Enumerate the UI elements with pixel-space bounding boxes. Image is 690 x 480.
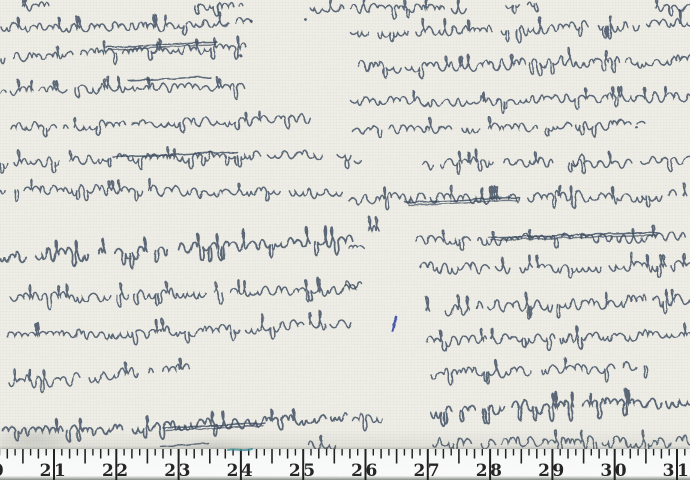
- script-line: [0, 35, 246, 64]
- script-line: [348, 182, 690, 209]
- script-line: [352, 116, 644, 137]
- script-line: [6, 310, 350, 344]
- script-line: [10, 277, 355, 308]
- script-line: [426, 322, 690, 350]
- script-line: [0, 225, 352, 268]
- handwriting-script-layer: [0, 0, 690, 480]
- script-line: [420, 251, 690, 277]
- script-fragment: [352, 413, 382, 430]
- ink-dot: [250, 20, 253, 23]
- script-line: [415, 224, 690, 249]
- script-fragment: [22, 0, 49, 10]
- script-line: [0, 11, 251, 35]
- script-fragment: [368, 216, 378, 230]
- script-fragment: [572, 154, 584, 165]
- ruler-scale: 202122232425262728293031: [0, 449, 690, 480]
- script-line: [10, 110, 309, 135]
- script-line: [423, 149, 690, 173]
- ink-dot: [239, 54, 242, 57]
- script-fragment: [348, 245, 363, 248]
- fabric-shading: [0, 430, 690, 450]
- script-fragment: [655, 0, 690, 15]
- ruler-number: 20: [0, 461, 6, 480]
- measuring-ruler: 202122232425262728293031: [0, 449, 690, 480]
- fabric-swatch-photo: 202122232425262728293031: [0, 0, 690, 480]
- script-line: [426, 289, 690, 318]
- ink-dot: [635, 126, 638, 129]
- blue-pen-mark: [392, 316, 395, 330]
- script-line: [430, 357, 647, 385]
- script-line: [8, 357, 189, 392]
- script-line: [0, 146, 350, 172]
- script-line: [0, 178, 348, 202]
- strikethrough-mark: [128, 77, 210, 80]
- script-line: [430, 388, 690, 425]
- script-line: [358, 47, 690, 77]
- script-line: [350, 10, 690, 42]
- script-line: [350, 86, 690, 113]
- script-fragment: [350, 0, 466, 19]
- script-line: [0, 75, 244, 99]
- script-fragment: [310, 0, 343, 13]
- script-fragment: [345, 160, 361, 168]
- ink-dot: [304, 18, 307, 21]
- script-fragment: [505, 2, 538, 13]
